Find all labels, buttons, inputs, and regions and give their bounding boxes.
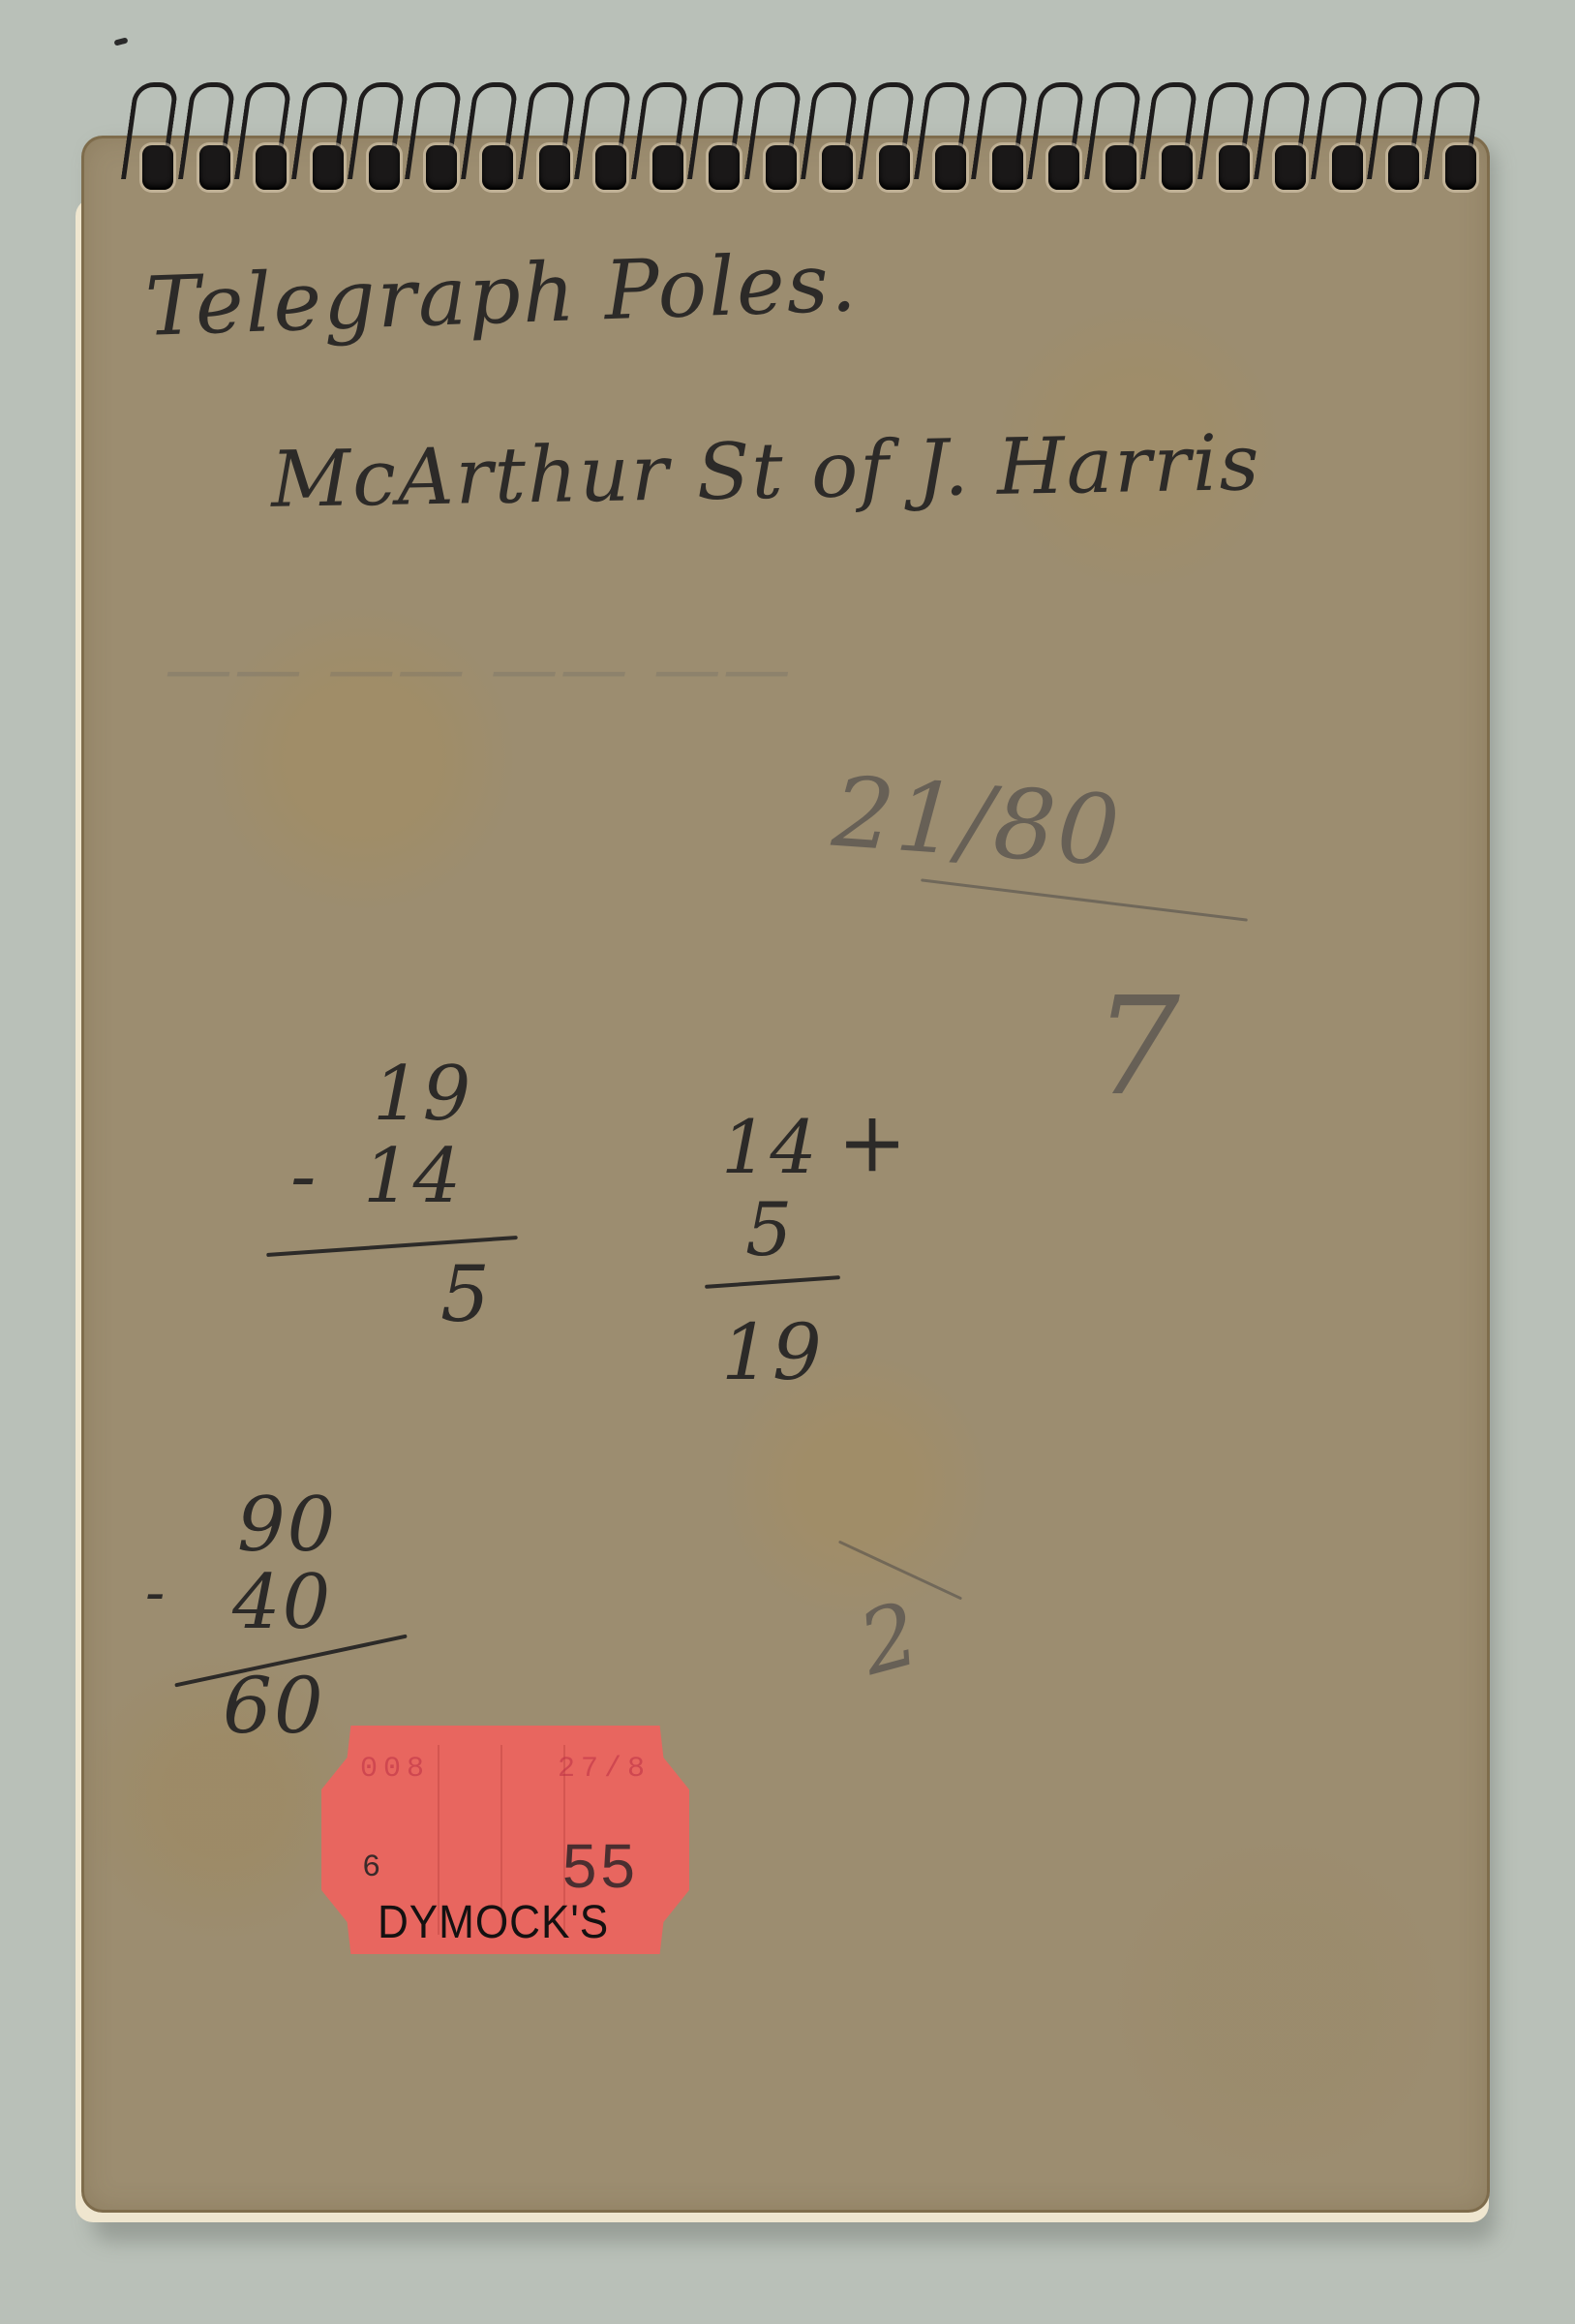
binding-hole	[879, 145, 910, 190]
binding-hole	[1106, 145, 1136, 190]
dust-speck	[113, 37, 128, 46]
binding-hole	[1388, 145, 1419, 190]
binding-hole	[1048, 145, 1079, 190]
binding-hole	[199, 145, 230, 190]
tag-brand: DYMOCK'S	[378, 1896, 609, 1949]
calc-result: 5	[440, 1249, 492, 1339]
binding-hole	[595, 145, 626, 190]
ghost-writing: —— —— —— ——	[165, 629, 793, 709]
binding-hole	[652, 145, 683, 190]
binding-hole	[256, 145, 287, 190]
binding-hole	[313, 145, 344, 190]
faint-mark: 7	[1094, 968, 1182, 1126]
tag-code-left: 008	[360, 1753, 430, 1786]
binding-hole	[426, 145, 457, 190]
binding-hole	[992, 145, 1023, 190]
calc-bottom: 14	[363, 1133, 463, 1220]
dymocks-price-tag: 008 27/8 6 55 DYMOCK'S	[321, 1726, 689, 1954]
binding-hole	[482, 145, 513, 190]
calc-top: 14	[721, 1104, 819, 1190]
binding-hole	[822, 145, 853, 190]
calc-bottom: 5	[745, 1186, 794, 1272]
calc-top: 90	[237, 1482, 337, 1569]
tag-price: 55	[562, 1830, 639, 1902]
calc-operator: -	[290, 1133, 318, 1220]
calc-result: 60	[223, 1661, 325, 1751]
photo-scene: Telegraph Poles. McArthur St of J. Harri…	[0, 0, 1575, 2324]
faint-number: 21/80	[829, 755, 1125, 889]
tag-left-digit: 6	[362, 1850, 380, 1885]
tag-code-row: 008 27/8	[360, 1753, 651, 1786]
calc-result: 19	[721, 1307, 824, 1397]
binding-hole	[935, 145, 966, 190]
note-address: McArthur St of J. Harris	[270, 417, 1261, 525]
binding-hole	[1445, 145, 1476, 190]
binding-hole	[539, 145, 570, 190]
binding-hole	[1219, 145, 1250, 190]
binding-hole	[1332, 145, 1363, 190]
calc-operator: -	[145, 1559, 167, 1627]
calc-bottom: 40	[232, 1559, 332, 1646]
binding-hole	[369, 145, 400, 190]
binding-hole	[142, 145, 173, 190]
tag-code-right: 27/8	[558, 1753, 651, 1786]
calc-top: 19	[373, 1051, 472, 1138]
binding-hole	[766, 145, 797, 190]
calc-operator: +	[837, 1094, 909, 1191]
binding-hole	[1275, 145, 1306, 190]
binding-hole	[1162, 145, 1193, 190]
binding-hole	[709, 145, 740, 190]
